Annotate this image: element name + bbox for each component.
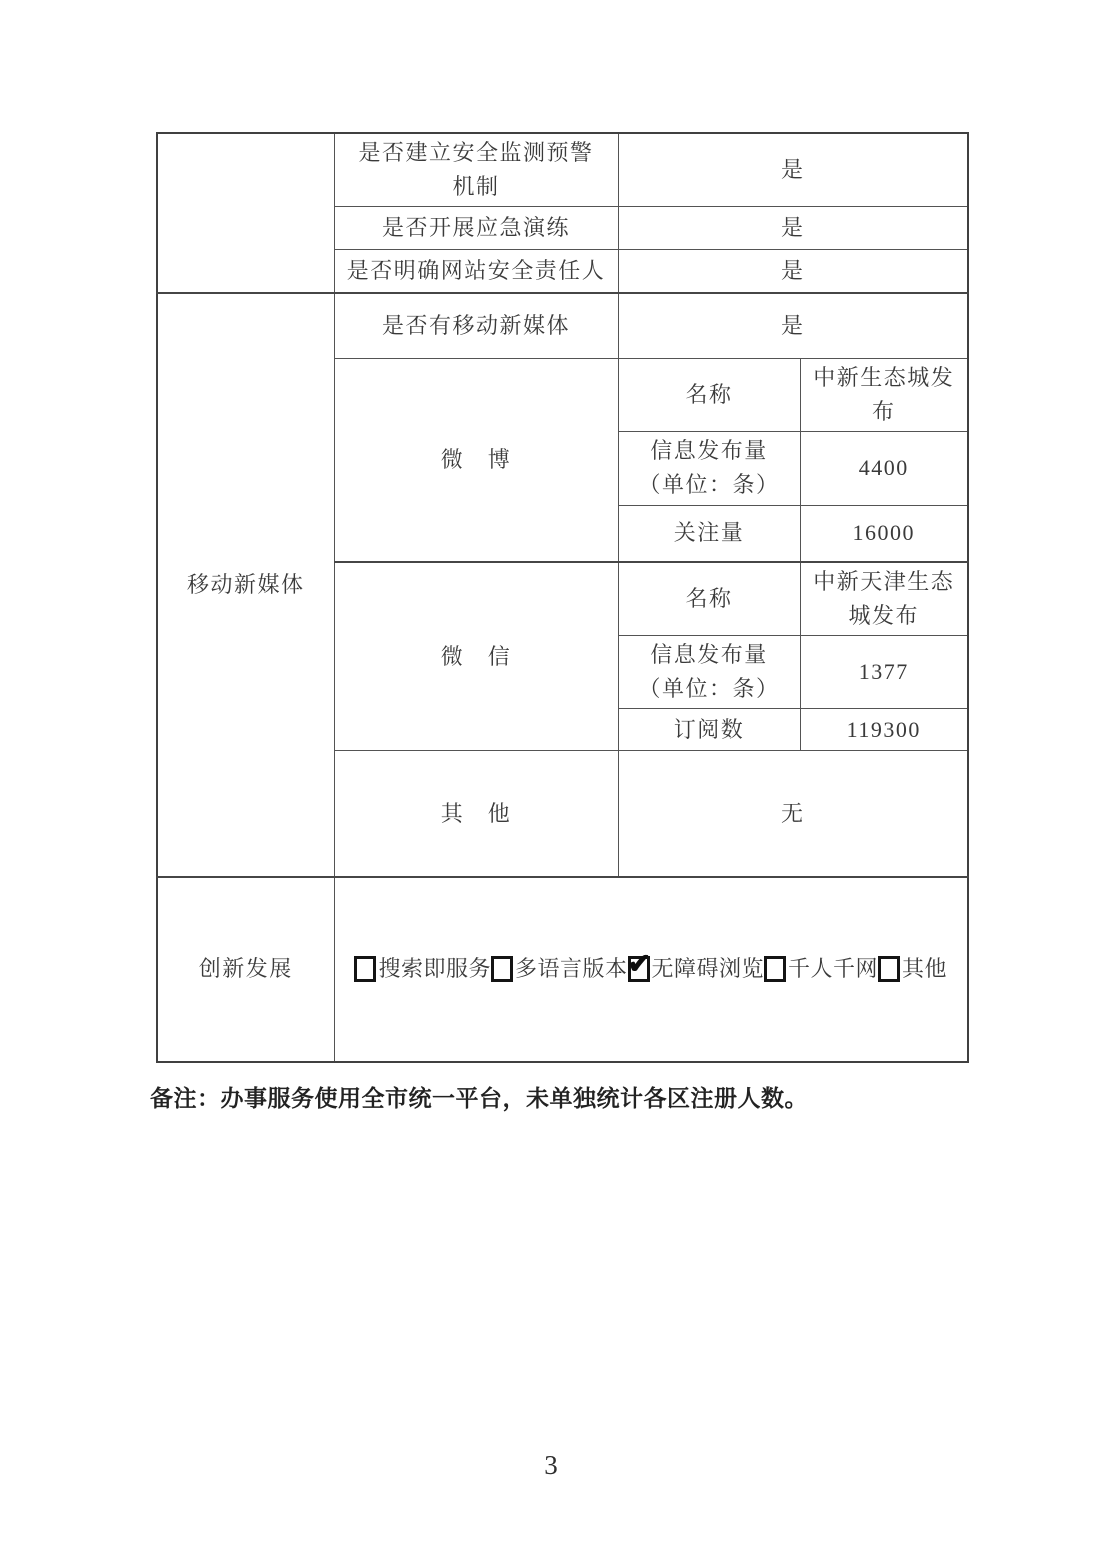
row-label-wechat-name: 名称 — [618, 562, 800, 636]
innovation-option: 千人千网 — [764, 952, 878, 986]
checkbox-unchecked-icon — [491, 956, 513, 982]
row-label-security-officer: 是否明确网站安全责任人 — [334, 250, 618, 293]
section-cell-empty — [157, 133, 334, 293]
innovation-option-label: 其他 — [902, 952, 947, 986]
row-value-security-officer: 是 — [618, 250, 968, 293]
checkbox-unchecked-icon — [354, 956, 376, 982]
innovation-option: 无障碍浏览 — [628, 952, 765, 986]
row-value-emergency-drill: 是 — [618, 207, 968, 250]
row-value-wechat-posts: 1377 — [800, 636, 968, 709]
report-table: 是否建立安全监测预警 机制 是 是否开展应急演练 是 是否明确网站安全责任人 是… — [156, 132, 969, 1063]
checkbox-unchecked-icon — [764, 956, 786, 982]
row-value-has-mobile-media: 是 — [618, 293, 968, 359]
row-label-has-mobile-media: 是否有移动新媒体 — [334, 293, 618, 359]
row-label-wechat-posts: 信息发布量 （单位：条） — [618, 636, 800, 709]
document-page: 是否建立安全监测预警 机制 是 是否开展应急演练 是 是否明确网站安全责任人 是… — [0, 0, 1102, 1559]
innovation-option-label: 搜索即服务 — [378, 952, 491, 986]
row-label-weibo-followers: 关注量 — [618, 505, 800, 562]
page-number: 3 — [0, 1450, 1102, 1481]
checkbox-unchecked-icon — [878, 956, 900, 982]
innovation-option: 多语言版本 — [491, 952, 628, 986]
row-value-other-media: 无 — [618, 751, 968, 877]
row-value-monitor-warning: 是 — [618, 133, 968, 207]
row-value-wechat-name: 中新天津生态 城发布 — [800, 562, 968, 636]
innovation-option: 其他 — [878, 952, 947, 986]
innovation-option-label: 多语言版本 — [515, 952, 628, 986]
row-value-wechat-subscribers: 119300 — [800, 709, 968, 751]
row-label-weibo-posts: 信息发布量 （单位：条） — [618, 432, 800, 505]
row-value-weibo-posts: 4400 — [800, 432, 968, 505]
row-label-emergency-drill: 是否开展应急演练 — [334, 207, 618, 250]
group-label-wechat: 微 信 — [334, 562, 618, 751]
innovation-option: 搜索即服务 — [354, 952, 491, 986]
row-value-weibo-followers: 16000 — [800, 505, 968, 562]
innovation-options: 搜索即服务多语言版本无障碍浏览千人千网其他 — [345, 952, 958, 986]
note-text: 备注：办事服务使用全市统一平台，未单独统计各区注册人数。 — [150, 1080, 808, 1113]
row-label-monitor-warning: 是否建立安全监测预警 机制 — [334, 133, 618, 207]
row-label-weibo-name: 名称 — [618, 359, 800, 432]
innovation-option-label: 无障碍浏览 — [652, 952, 765, 986]
row-value-weibo-name: 中新生态城发 布 — [800, 359, 968, 432]
innovation-cell: 搜索即服务多语言版本无障碍浏览千人千网其他 — [334, 877, 968, 1062]
section-cell-innovation: 创新发展 — [157, 877, 334, 1062]
group-label-weibo: 微 博 — [334, 359, 618, 562]
row-label-wechat-subscribers: 订阅数 — [618, 709, 800, 751]
section-cell-mobile-media: 移动新媒体 — [157, 293, 334, 877]
checkbox-checked-icon — [628, 956, 650, 982]
innovation-option-label: 千人千网 — [788, 952, 878, 986]
row-label-other-media: 其 他 — [334, 751, 618, 877]
